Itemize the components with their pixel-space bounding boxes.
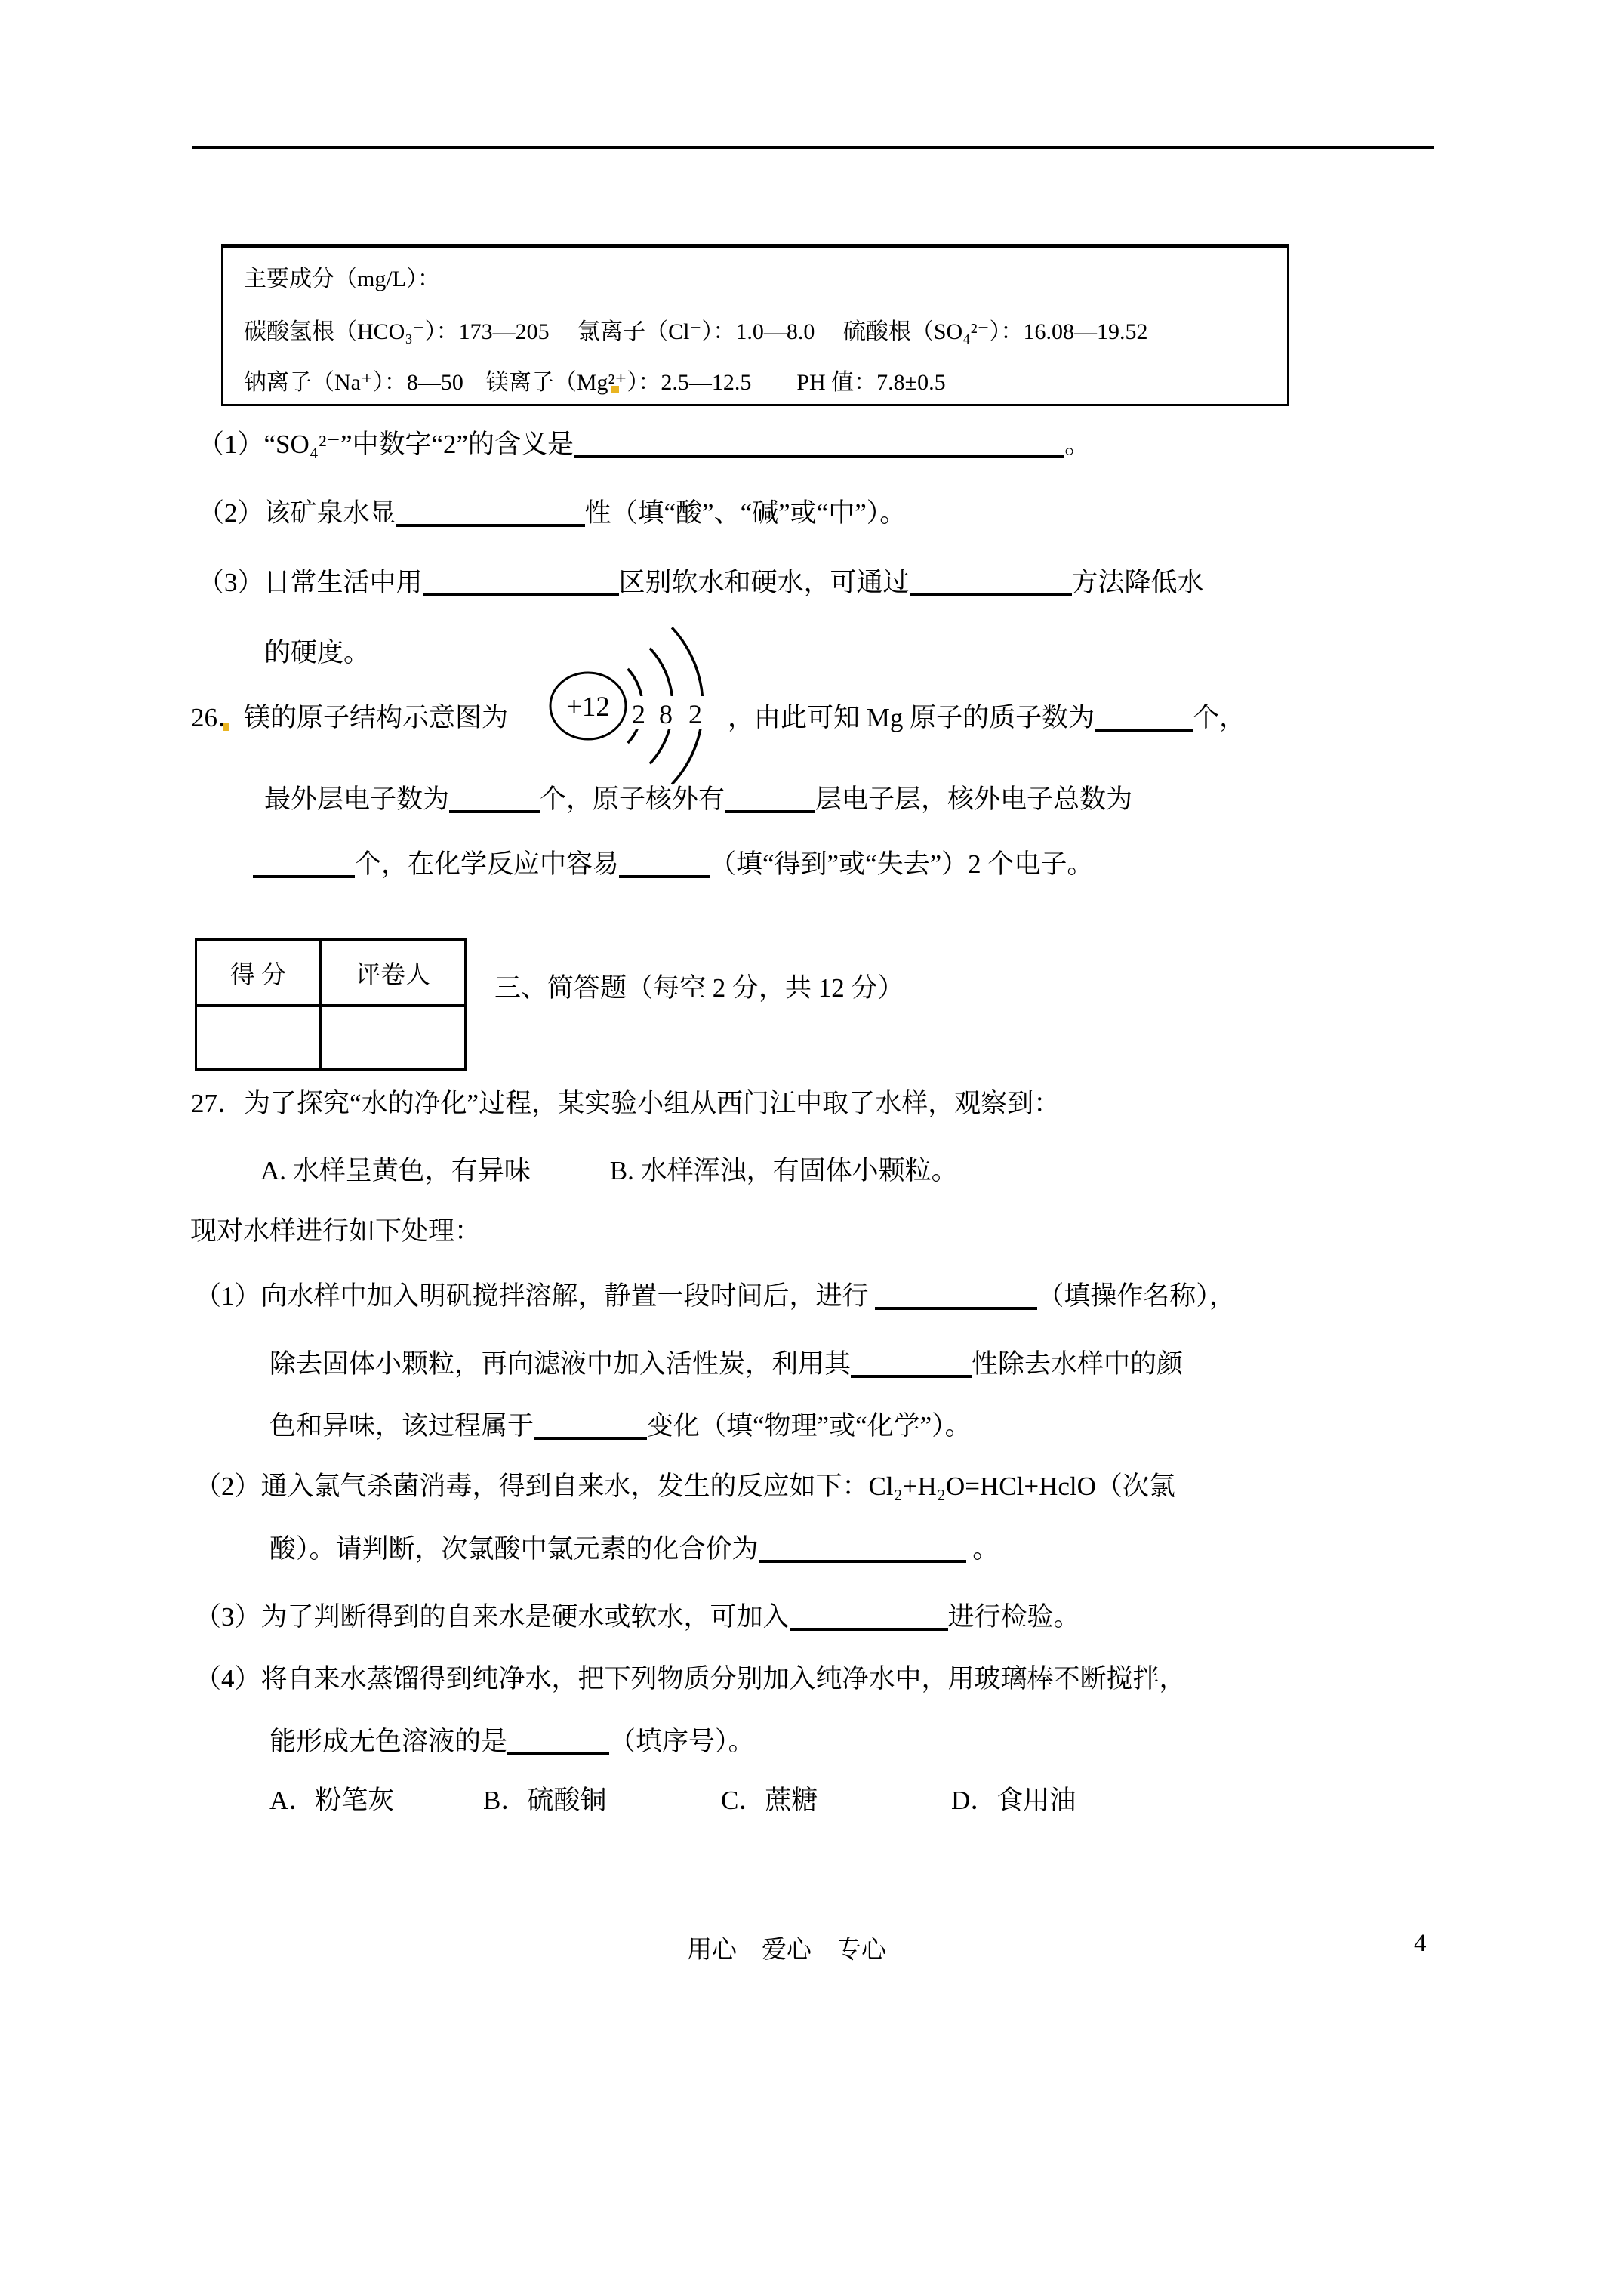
q27-part4: （4）将自来水蒸馏得到纯净水，把下列物质分别加入纯净水中，用玻璃棒不断搅拌， xyxy=(195,1662,1186,1697)
option-b: B．硫酸铜 xyxy=(483,1783,606,1818)
blank-field xyxy=(759,1537,966,1563)
q26-lead: 26．镁的原子结构示意图为 xyxy=(191,701,508,735)
top-rule xyxy=(192,146,1434,149)
q25-part2: （2）该矿泉水显性（填“酸”、“碱”或“中”）。 xyxy=(198,496,906,531)
option-a: A．粉笔灰 xyxy=(269,1783,394,1818)
q25-part1: （1）“SO₄²⁻”中数字“2”的含义是。 xyxy=(198,427,1091,462)
blank-field xyxy=(619,852,710,878)
shell-count-2: 8 xyxy=(659,699,673,729)
highlight-mark xyxy=(611,386,619,393)
q27-part1-cont1: 除去固体小颗粒，再向滤液中加入活性炭，利用其性除去水样中的颜 xyxy=(269,1347,1183,1382)
footer-motto: 用心 爱心 专心 xyxy=(687,1930,886,1965)
composition-box: 主要成分（mg/L）： 碳酸氢根（HCO₃⁻）：173—205 氯离子（Cl⁻）… xyxy=(221,244,1289,406)
exam-page: 主要成分（mg/L）： 碳酸氢根（HCO₃⁻）：173—205 氯离子（Cl⁻）… xyxy=(0,0,1623,2296)
q27-part1: （1）向水样中加入明矾搅拌溶解，静置一段时间后，进行 （填操作名称）， xyxy=(195,1279,1236,1314)
option-d: D．食用油 xyxy=(951,1783,1076,1818)
blank-field xyxy=(851,1352,972,1378)
composition-row-cations: 钠离子（Na⁺）：8—50 镁离子（Mg²⁺）：2.5—12.5 PH 值：7.… xyxy=(244,368,946,397)
option-c: C．蔗糖 xyxy=(721,1783,818,1818)
q27-pre: 现对水样进行如下处理： xyxy=(190,1214,481,1249)
blank-field xyxy=(253,852,355,878)
blank-field xyxy=(449,787,540,813)
blank-field xyxy=(574,433,1064,458)
section3-heading: 三、简答题（每空 2 分，共 12 分） xyxy=(494,971,904,1006)
score-table-cell-score xyxy=(196,1006,321,1070)
shell-count-3: 2 xyxy=(688,699,702,729)
q27-part2: （2）通入氯气杀菌消毒，得到自来水，发生的反应如下：Cl₂+H₂O=HCl+Hc… xyxy=(195,1469,1175,1504)
composition-title: 主要成分（mg/L）： xyxy=(244,265,440,294)
q27-stem: 27．为了探究“水的净化”过程，某实验小组从西门江中取了水样，观察到： xyxy=(191,1086,1060,1121)
q27-observations: A. 水样呈黄色，有异味 B. 水样浑浊，有固体小颗粒。 xyxy=(260,1154,958,1188)
page-number: 4 xyxy=(1414,1930,1427,1958)
q27-part4-cont: 能形成无色溶液的是（填序号）。 xyxy=(269,1724,755,1759)
q26-line1-rest: ，由此可知 Mg 原子的质子数为个， xyxy=(728,701,1246,735)
score-table-cell-examiner xyxy=(321,1006,466,1070)
blank-field xyxy=(507,1730,609,1755)
nucleus-charge: +12 xyxy=(566,692,610,723)
q26-line2: 最外层电子数为个，原子核外有层电子层，核外电子总数为 xyxy=(264,782,1132,817)
blank-field xyxy=(396,501,585,527)
blank-field xyxy=(790,1605,948,1631)
shell-count-1: 2 xyxy=(632,699,645,729)
q26-line3: 个，在化学反应中容易（填“得到”或“失去”）2 个电子。 xyxy=(253,847,1093,882)
score-table-header-examiner: 评卷人 xyxy=(321,940,466,1006)
blank-field xyxy=(534,1414,647,1440)
q25-part3-cont: 的硬度。 xyxy=(264,636,370,670)
score-table: 得 分 评卷人 xyxy=(195,938,467,1071)
blank-field xyxy=(910,571,1072,596)
blank-field xyxy=(423,571,619,596)
atom-structure-diagram: +12 2 8 2 xyxy=(546,622,742,790)
blank-field xyxy=(1095,706,1193,732)
score-table-header-score: 得 分 xyxy=(196,940,321,1006)
composition-row-anions: 碳酸氢根（HCO₃⁻）：173—205 氯离子（Cl⁻）：1.0—8.0 硫酸根… xyxy=(244,318,1147,347)
q27-part1-cont2: 色和异味，该过程属于变化（填“物理”或“化学”）。 xyxy=(269,1409,972,1444)
q27-part2-cont: 酸）。请判断，次氯酸中氯元素的化合价为 。 xyxy=(269,1532,999,1567)
q27-part3: （3）为了判断得到的自来水是硬水或软水，可加入进行检验。 xyxy=(195,1600,1080,1635)
blank-field xyxy=(875,1284,1037,1310)
blank-field xyxy=(725,787,815,813)
q25-part3: （3）日常生活中用区别软水和硬水，可通过方法降低水 xyxy=(198,566,1204,600)
